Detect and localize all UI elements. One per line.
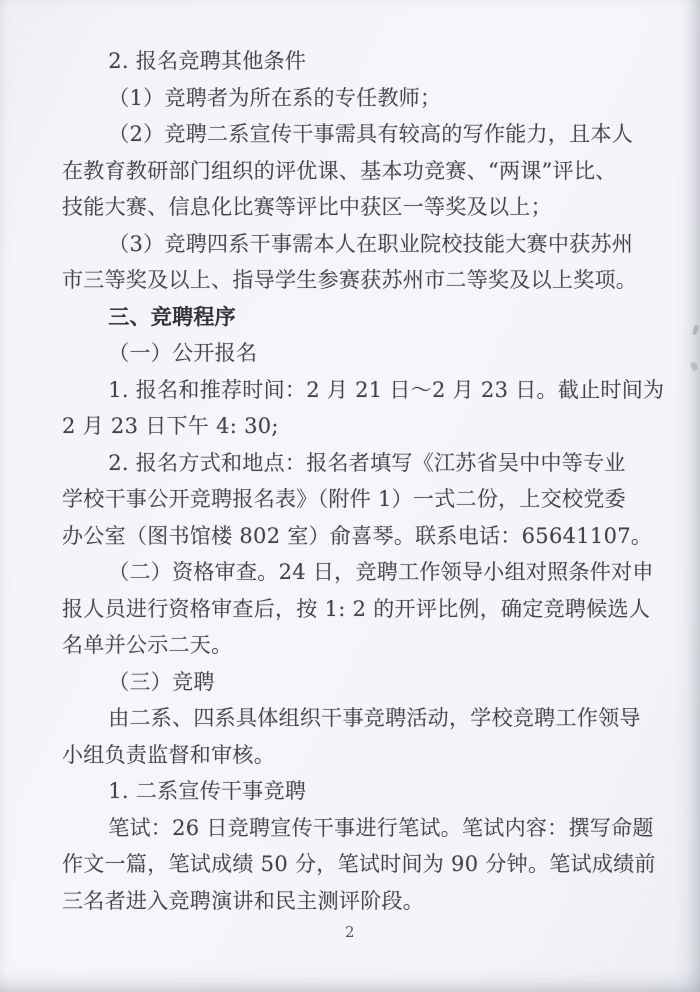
text-line: 市三等奖及以上、指导学生参赛获苏州市二等奖及以上奖项。 — [62, 262, 642, 299]
document-body: 2. 报名竞聘其他条件（1）竞聘者为所在系的专任教师；（2）竞聘二系宣传干事需具… — [0, 0, 700, 919]
text-line: （一）公开报名 — [62, 335, 642, 372]
text-line: 笔试：26 日竞聘宣传干事进行笔试。笔试内容：撰写命题 — [62, 810, 642, 847]
text-line: 1. 二系宣传干事竞聘 — [62, 773, 642, 810]
text-line: （1）竞聘者为所在系的专任教师； — [62, 80, 642, 117]
text-line: （2）竞聘二系宣传干事需具有较高的写作能力，且本人 — [62, 116, 642, 153]
text-line: （3）竞聘四系干事需本人在职业院校技能大赛中获苏州 — [62, 226, 642, 263]
section-heading: 三、竞聘程序 — [62, 299, 642, 336]
text-line: 学校干事公开竞聘报名表》（附件 1）一式二份，上交校党委 — [62, 481, 642, 518]
text-line: 2 月 23 日下午 4: 30; — [62, 408, 642, 445]
page-number: 2 — [0, 922, 700, 942]
text-line: 作文一篇，笔试成绩 50 分，笔试时间为 90 分钟。笔试成绩前 — [62, 846, 642, 883]
text-line: （二）资格审查。24 日，竞聘工作领导小组对照条件对申 — [62, 554, 642, 591]
text-line: 名单并公示二天。 — [62, 627, 642, 664]
text-line: 1. 报名和推荐时间：2 月 21 日～2 月 23 日。截止时间为 — [62, 372, 642, 409]
scanned-document-page: 2. 报名竞聘其他条件（1）竞聘者为所在系的专任教师；（2）竞聘二系宣传干事需具… — [0, 0, 700, 992]
text-line: 办公室（图书馆楼 802 室）俞喜琴。联系电话：65641107。 — [62, 518, 642, 555]
text-line: 三名者进入竞聘演讲和民主测评阶段。 — [62, 883, 642, 920]
text-line: （三）竞聘 — [62, 664, 642, 701]
text-line: 技能大赛、信息化比赛等评比中获区一等奖及以上； — [62, 189, 642, 226]
text-line: 2. 报名方式和地点：报名者填写《江苏省吴中中等专业 — [62, 445, 642, 482]
text-line: 由二系、四系具体组织干事竞聘活动，学校竞聘工作领导 — [62, 700, 642, 737]
text-line: 2. 报名竞聘其他条件 — [62, 43, 642, 80]
text-line: 在教育教研部门组织的评优课、基本功竞赛、“两课”评比、 — [62, 153, 642, 190]
text-line: 报人员进行资格审查后，按 1: 2 的开评比例，确定竞聘候选人 — [62, 591, 642, 628]
text-line: 小组负责监督和审核。 — [62, 737, 642, 774]
